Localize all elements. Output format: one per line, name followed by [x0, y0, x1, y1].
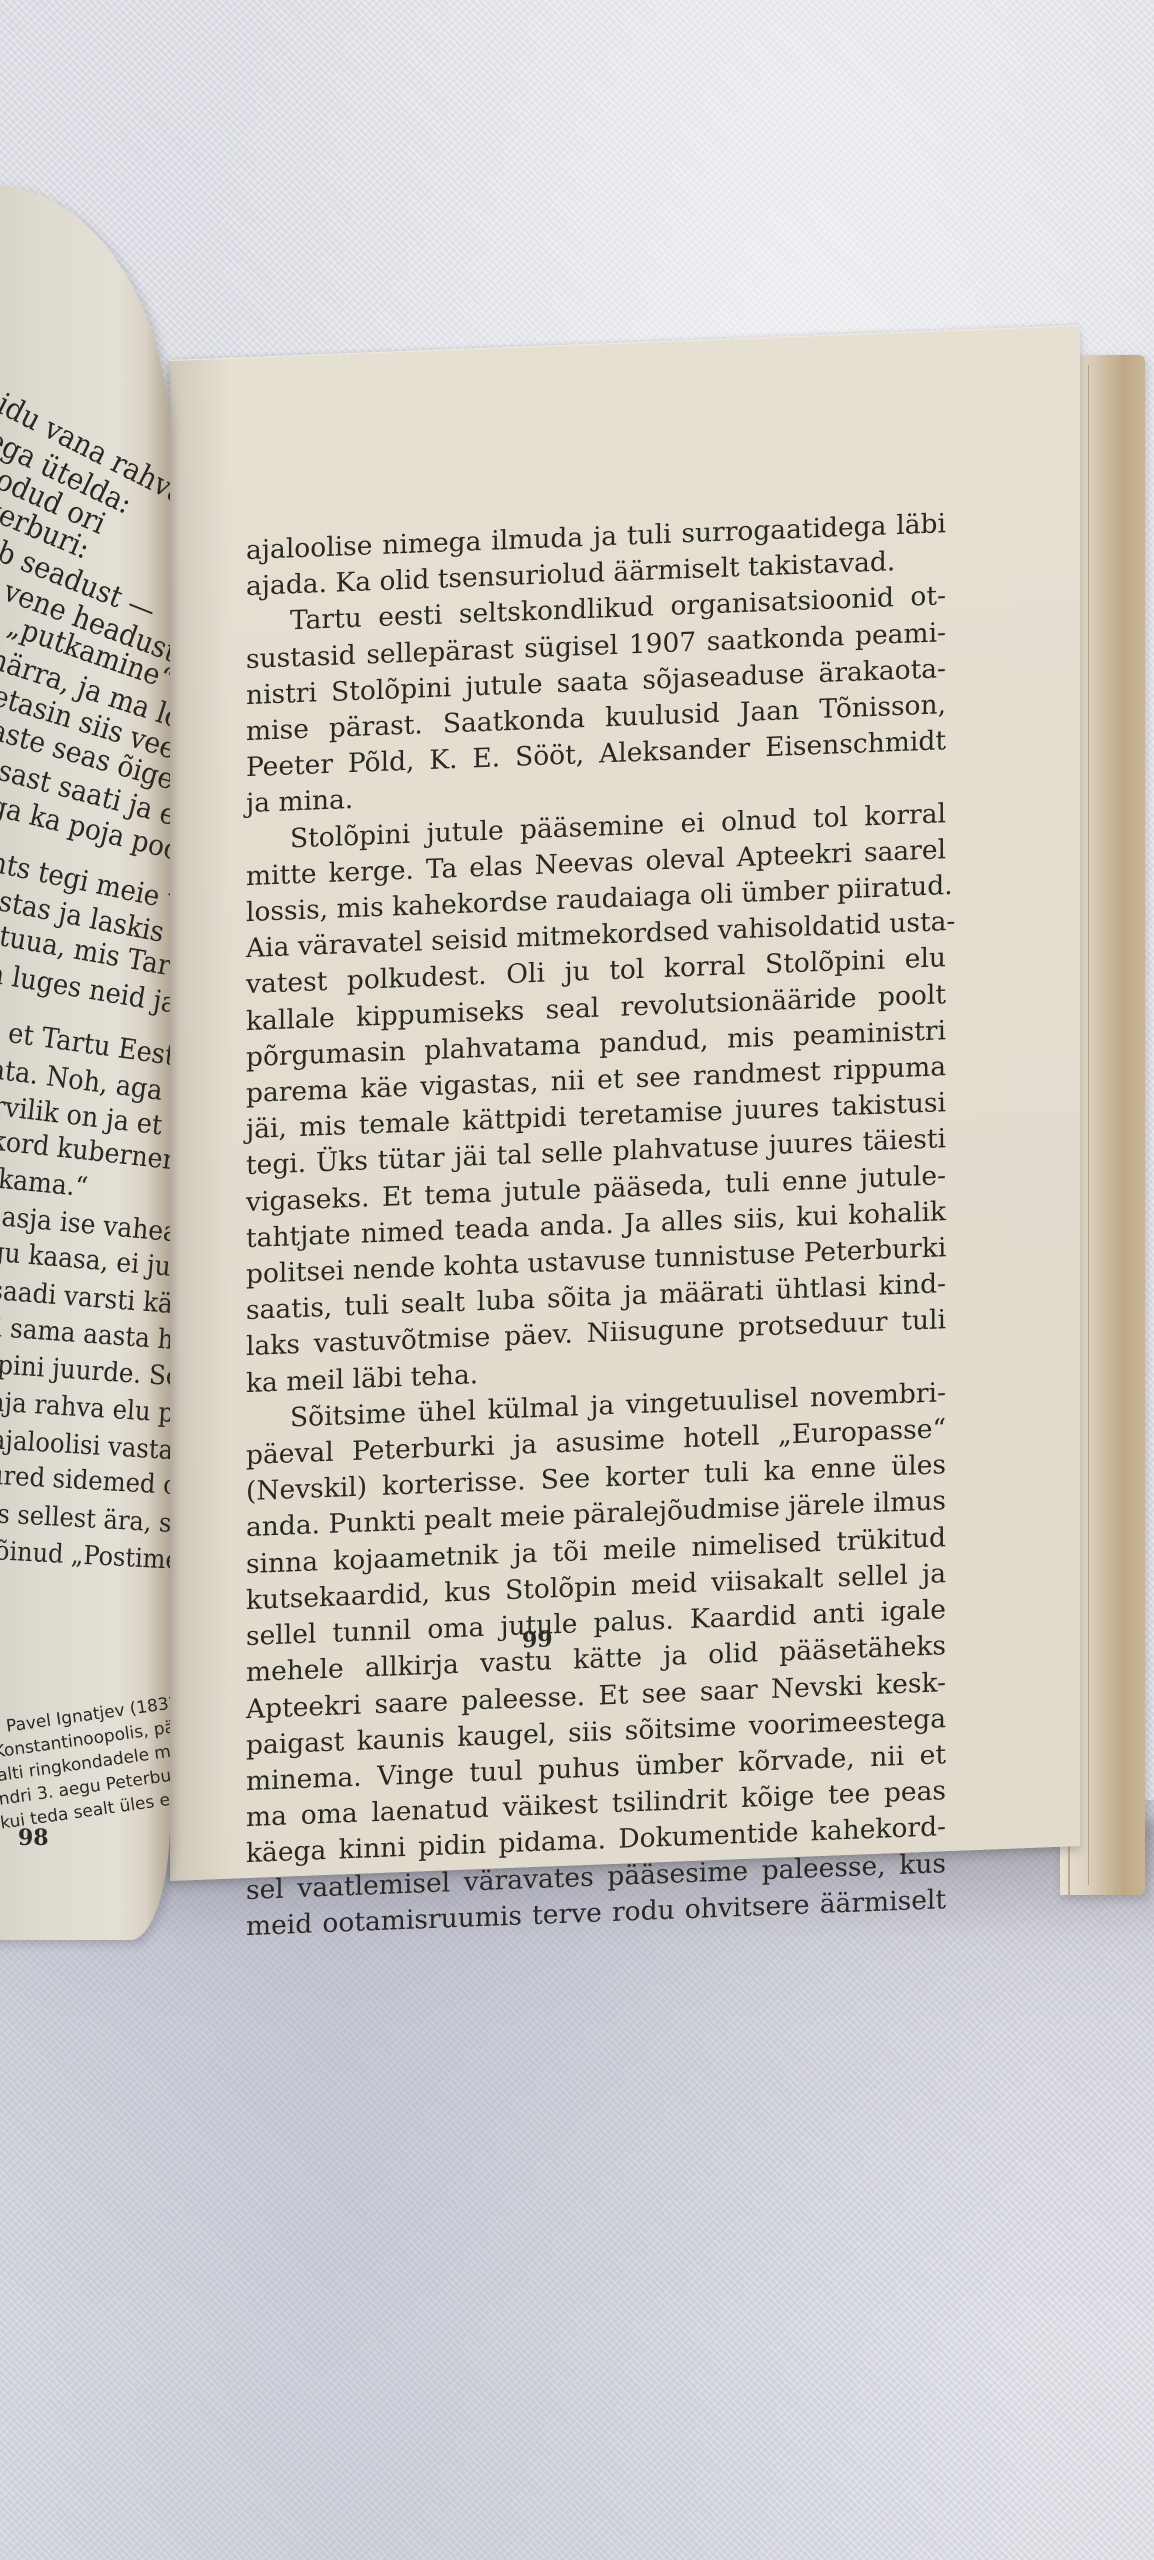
right-page-body-text: ajaloolise nimega ilmuda ja tuli surroga…: [246, 506, 946, 1945]
page-number-right: 99: [522, 1626, 553, 1653]
page-number-left: 98: [18, 1825, 49, 1851]
text-line: suured sidemed olid: [0, 1459, 170, 1503]
text-line: ainaja rahva elu peal: [0, 1384, 170, 1431]
text-line: nu ajaloolisi vastaseid: [0, 1422, 170, 1469]
gutter-shadow: [170, 359, 230, 1881]
right-page: ajaloolise nimega ilmuda ja tuli surroga…: [170, 325, 1080, 1881]
text-line: opus sellest ära, sest: [0, 1497, 170, 1541]
left-page: muidu vana rahvalaulseelega ütelda:e loo…: [0, 185, 170, 1940]
text-line: ei võinud „Postimees“: [0, 1534, 170, 1578]
